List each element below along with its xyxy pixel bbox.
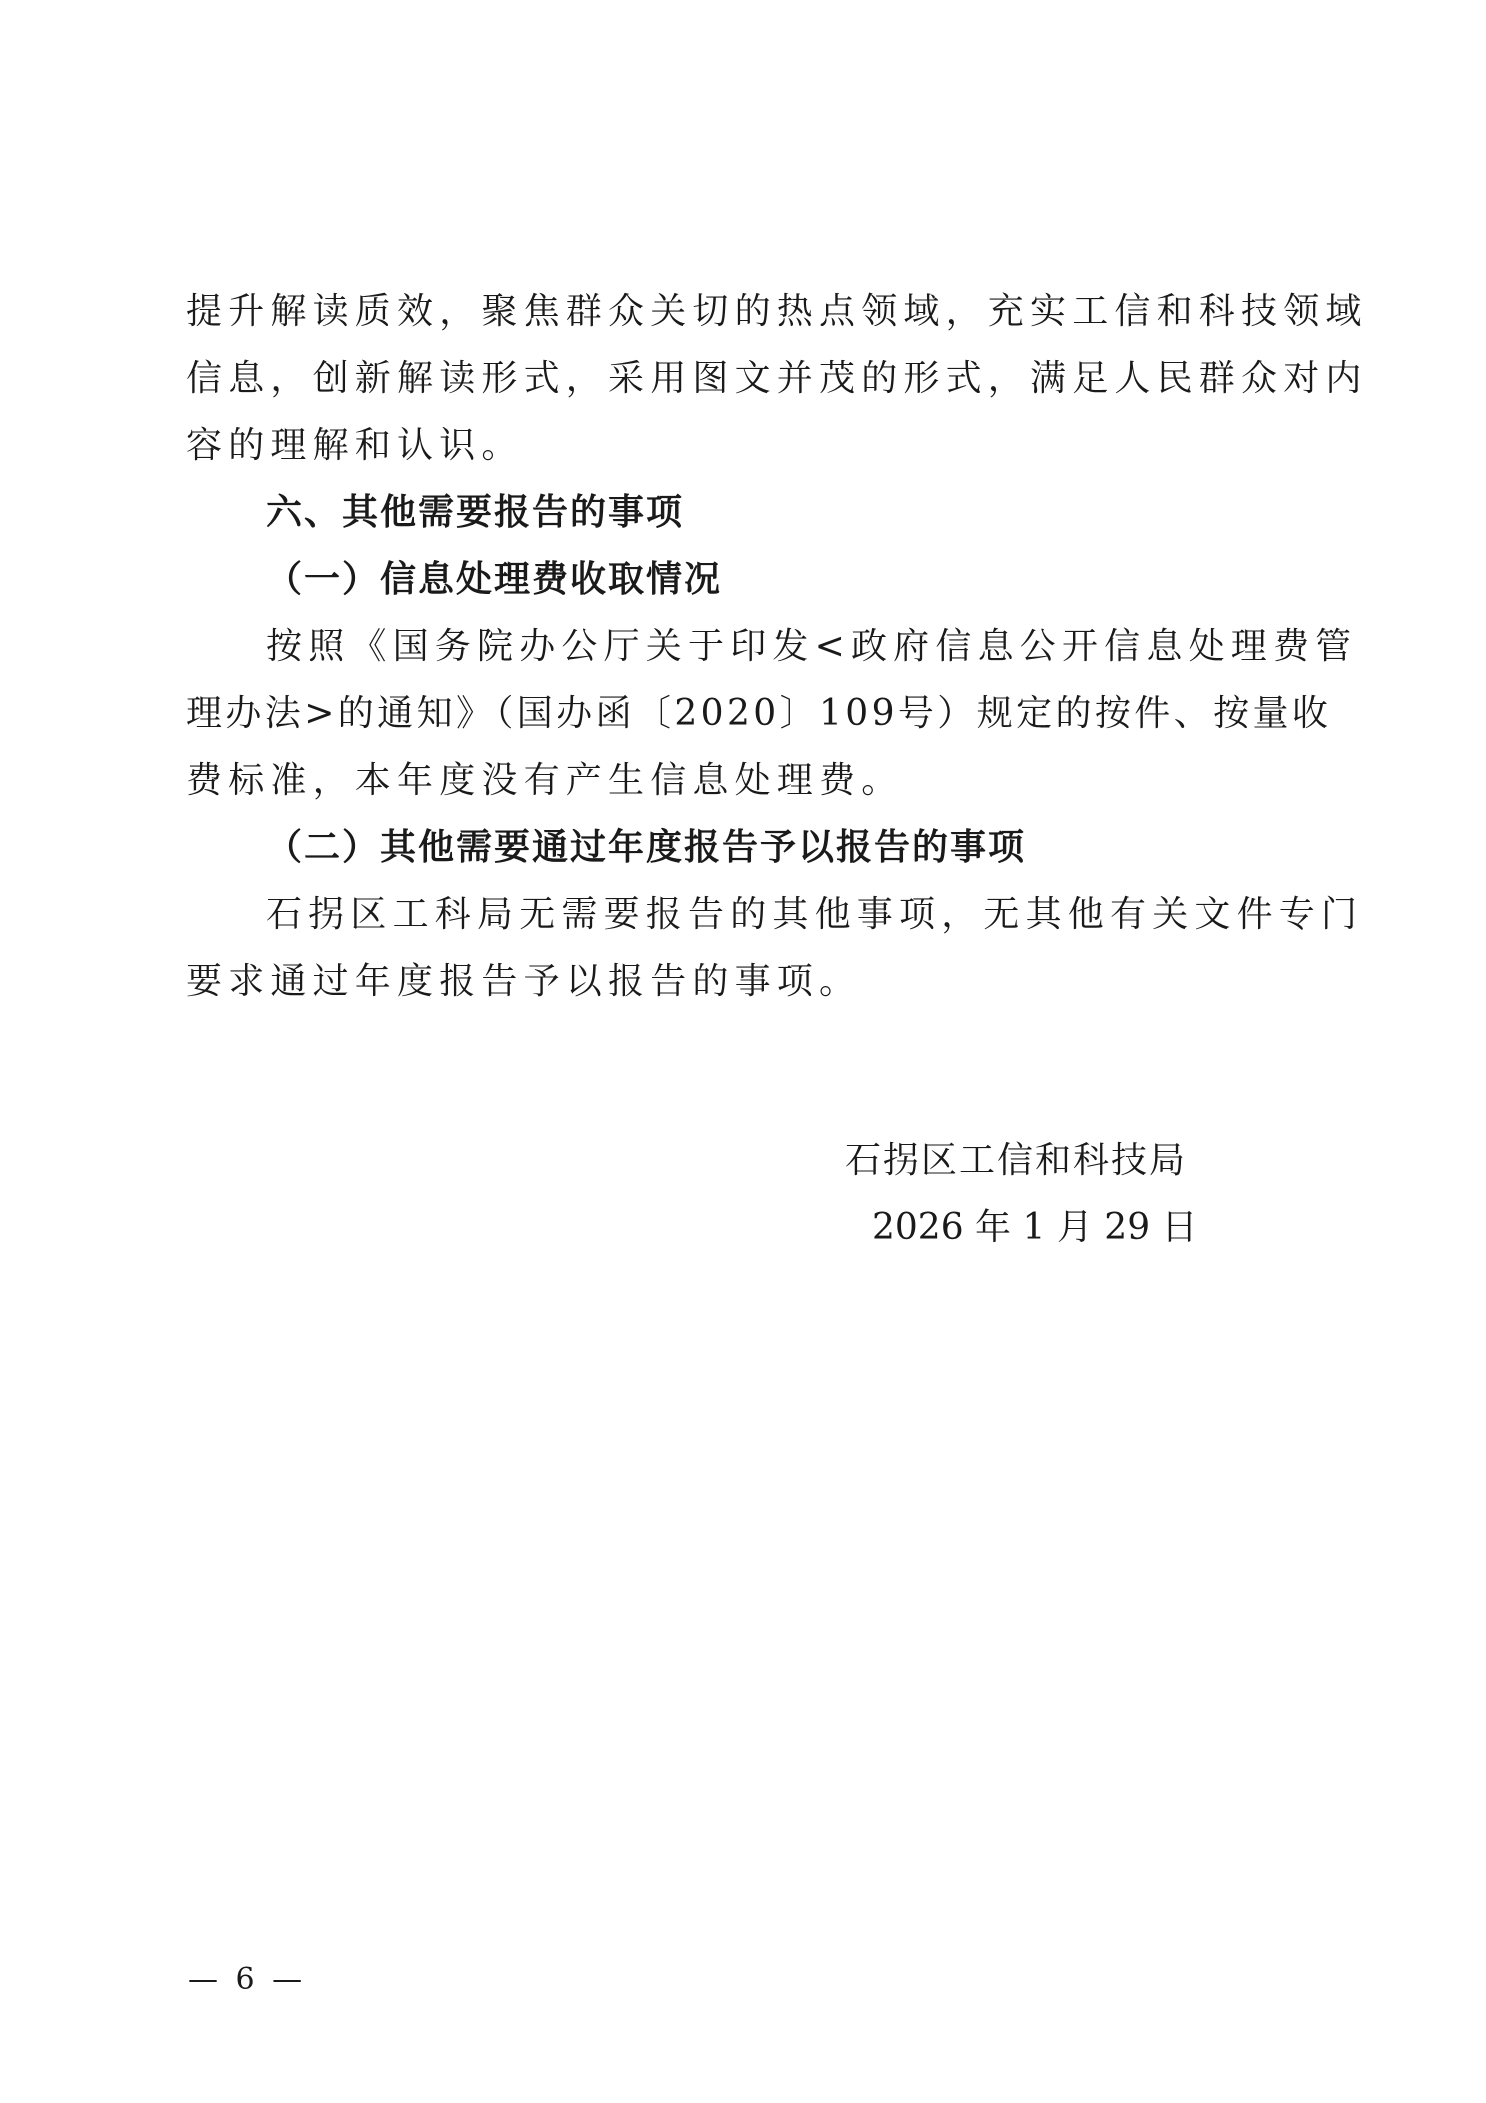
body-text-line: 容的理解和认识。 [186,424,1312,468]
body-text-line: 费标准，本年度没有产生信息处理费。 [186,759,1312,803]
body-text-line: 理办法>的通知》（国办函〔2020〕109号）规定的按件、按量收 [186,692,1312,736]
document-page: 提升解读质效，聚焦群众关切的热点领域，充实工信和科技领域 信息，创新解读形式，采… [0,0,1486,2103]
signature-date: 2026 年 1 月 29 日 [872,1206,1198,1250]
section-heading: 六、其他需要报告的事项 [266,491,1392,535]
page-number: — 6 — [188,1960,306,2000]
subsection-heading: （一）信息处理费收取情况 [266,558,1392,602]
body-text-line: 提升解读质效，聚焦群众关切的热点领域，充实工信和科技领域 [186,290,1312,334]
body-text-line: 按照《国务院办公厅关于印发<政府信息公开信息处理费管 [266,625,1392,669]
body-text-line: 要求通过年度报告予以报告的事项。 [186,960,1312,1004]
body-text-line: 石拐区工科局无需要报告的其他事项，无其他有关文件专门 [266,893,1392,937]
signature-organization: 石拐区工信和科技局 [845,1139,1187,1183]
subsection-heading: （二）其他需要通过年度报告予以报告的事项 [266,826,1392,870]
body-text-line: 信息，创新解读形式，采用图文并茂的形式，满足人民群众对内 [186,357,1312,401]
